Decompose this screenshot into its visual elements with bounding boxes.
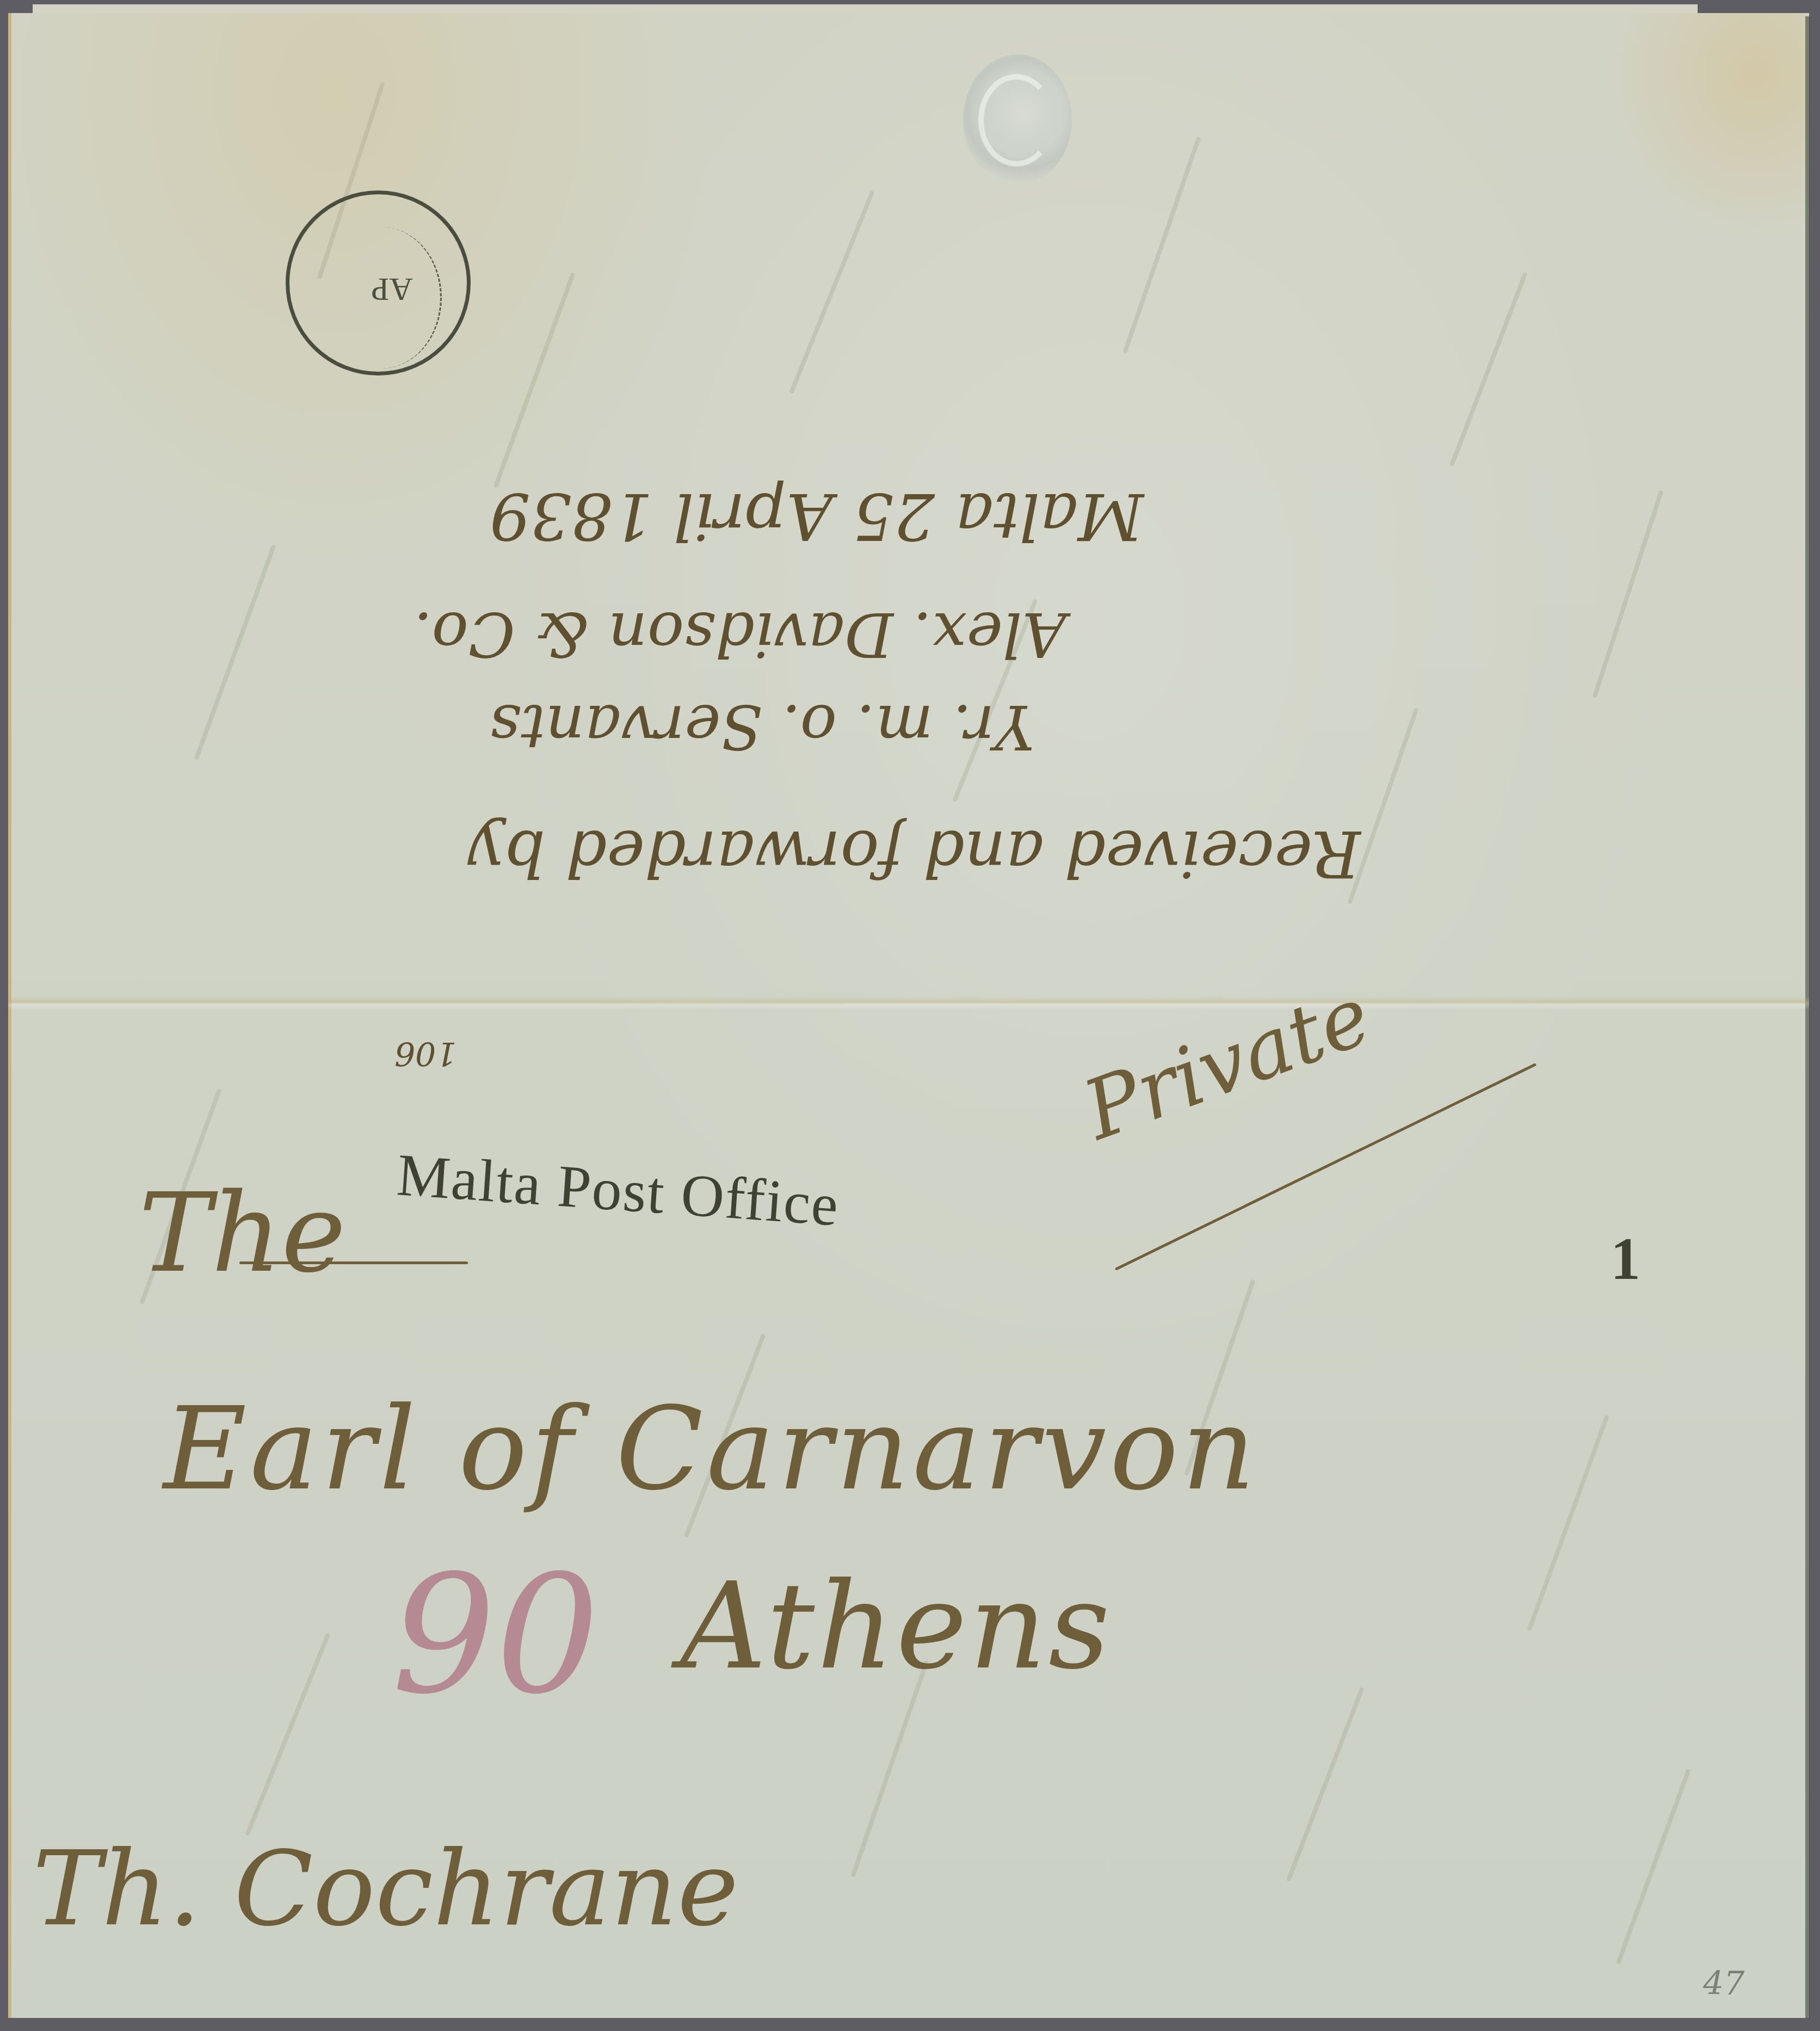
rate-mark-pink: 90 xyxy=(392,1540,600,1730)
forwarder-date-line: Malta 25 April 1839 xyxy=(490,479,1144,554)
address-line-the: The xyxy=(139,1170,346,1297)
datestamp-text: AP xyxy=(371,270,413,308)
rate-mark-black: 1 xyxy=(1611,1224,1640,1294)
address-line-earl: Earl of Carnarvon xyxy=(163,1382,1258,1516)
forwarder-received-line: Received and forwarded by xyxy=(468,816,1361,891)
pencil-corner-note: 47 xyxy=(1703,1965,1744,2003)
forwarder-name-line: Alex. Davidson & Co. xyxy=(414,599,1066,669)
the-underline xyxy=(239,1261,468,1264)
docket-number: 106 xyxy=(394,1034,457,1072)
sender-signature: Th. Cochrane xyxy=(33,1829,738,1949)
wax-seal-impression xyxy=(963,54,1072,185)
forwarder-servants-line: Yr. m. o. Servants xyxy=(490,691,1035,762)
show-through-writing xyxy=(0,0,1820,2031)
address-line-athens: Athens xyxy=(680,1556,1112,1696)
circular-datestamp: AP xyxy=(286,190,471,376)
